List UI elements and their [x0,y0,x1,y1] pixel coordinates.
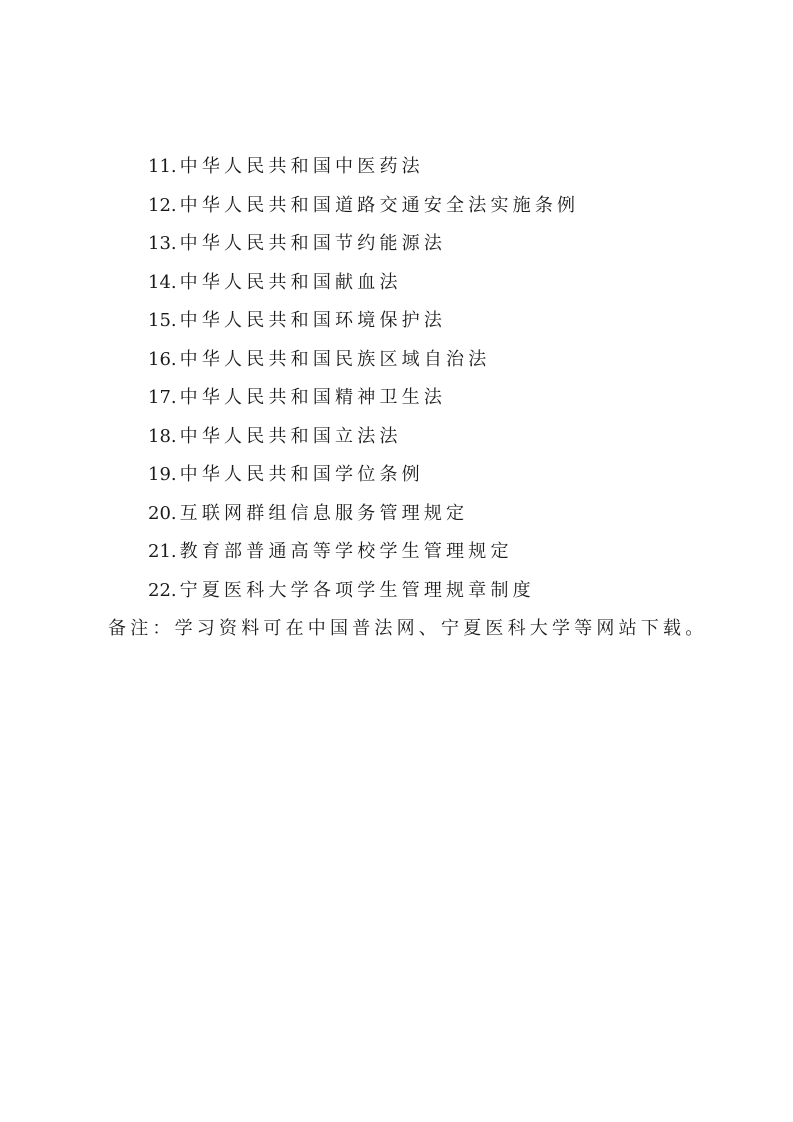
item-text: 中华人民共和国节约能源法 [180,233,446,254]
item-text: 中华人民共和国道路交通安全法实施条例 [180,195,580,216]
item-number: 16. [148,349,177,370]
item-number: 15. [148,310,177,331]
list-item: 11.中华人民共和国中医药法 [148,148,579,187]
item-text: 宁夏医科大学各项学生管理规章制度 [180,580,535,601]
list-item: 15.中华人民共和国环境保护法 [148,302,579,341]
item-number: 13. [148,233,177,254]
list-item: 13.中华人民共和国节约能源法 [148,225,579,264]
item-number: 14. [148,272,177,293]
item-number: 17. [148,387,177,408]
item-number: 12. [148,195,177,216]
item-number: 22. [148,580,177,601]
item-text: 教育部普通高等学校学生管理规定 [180,541,513,562]
remark-note: 备注：学习资料可在中国普法网、宁夏医科大学等网站下载。 [108,610,707,648]
item-number: 19. [148,464,177,485]
regulation-list: 11.中华人民共和国中医药法 12.中华人民共和国道路交通安全法实施条例 13.… [148,148,579,610]
document-page: 11.中华人民共和国中医药法 12.中华人民共和国道路交通安全法实施条例 13.… [0,0,793,1122]
item-text: 中华人民共和国环境保护法 [180,310,446,331]
item-text: 中华人民共和国学位条例 [180,464,424,485]
list-item: 17.中华人民共和国精神卫生法 [148,379,579,418]
item-number: 18. [148,426,177,447]
item-number: 20. [148,503,177,524]
item-text: 中华人民共和国立法法 [180,426,402,447]
list-item: 16.中华人民共和国民族区域自治法 [148,341,579,380]
list-item: 20.互联网群组信息服务管理规定 [148,495,579,534]
item-text: 中华人民共和国献血法 [180,272,402,293]
item-number: 11. [148,156,177,177]
item-text: 中华人民共和国中医药法 [180,156,424,177]
item-text: 中华人民共和国精神卫生法 [180,387,446,408]
item-text: 中华人民共和国民族区域自治法 [180,349,491,370]
list-item: 14.中华人民共和国献血法 [148,264,579,303]
item-number: 21. [148,541,177,562]
list-item: 18.中华人民共和国立法法 [148,418,579,457]
list-item: 22.宁夏医科大学各项学生管理规章制度 [148,572,579,611]
list-item: 21.教育部普通高等学校学生管理规定 [148,533,579,572]
list-item: 12.中华人民共和国道路交通安全法实施条例 [148,187,579,226]
item-text: 互联网群组信息服务管理规定 [180,503,469,524]
list-item: 19.中华人民共和国学位条例 [148,456,579,495]
